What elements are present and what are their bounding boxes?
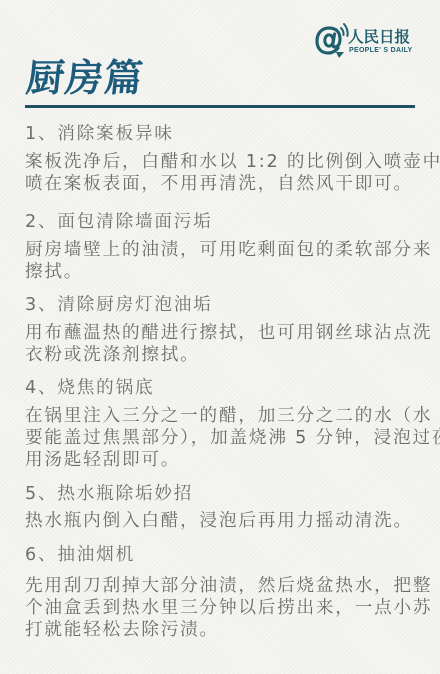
section-text-line: 打就能轻松去除污渍。 — [25, 619, 417, 641]
section-text-line: 喷在案板表面，不用再清洗，自然风干即可。 — [25, 173, 417, 195]
section-heading: 1、消除案板异味 — [25, 123, 417, 145]
logo-chinese-name: 人民日报 — [348, 29, 410, 45]
at-sign-signal-icon — [314, 22, 350, 60]
section-heading: 3、清除厨房灯泡油垢 — [25, 294, 417, 316]
section-text-line: 要能盖过焦黑部分），加盖烧沸 5 分钟，浸泡过夜， — [25, 427, 417, 449]
section-text-line: 擦拭。 — [25, 261, 417, 283]
section-heading: 4、烧焦的锅底 — [25, 377, 417, 399]
section-heading: 2、面包清除墙面污垢 — [25, 211, 417, 233]
peoples-daily-logo: 人民日报 PEOPLE' S DAILY — [314, 22, 420, 60]
section-heading: 5、热水瓶除垢妙招 — [25, 483, 417, 505]
logo-english-name: PEOPLE' S DAILY — [349, 47, 412, 55]
section-text-line: 用布蘸温热的醋进行擦拭，也可用钢丝球沾点洗 — [25, 322, 417, 344]
section-text-line: 衣粉或洗涤剂擦拭。 — [25, 344, 417, 366]
section-text-line: 个油盒丢到热水里三分钟以后捞出来，一点小苏 — [25, 597, 417, 619]
page-title: 厨房篇 — [24, 56, 146, 100]
section-text-line: 先用刮刀刮掉大部分油渍，然后烧盆热水，把整 — [25, 575, 417, 597]
section-text-line: 案板洗净后，白醋和水以 1:2 的比例倒入喷壶中， — [25, 151, 417, 173]
section-text-line: 热水瓶内倒入白醋，浸泡后再用力摇动清洗。 — [25, 510, 417, 532]
title-divider — [25, 105, 415, 108]
section-text-line: 厨房墙壁上的油渍，可用吃剩面包的柔软部分来 — [25, 239, 417, 261]
section-heading: 6、抽油烟机 — [25, 544, 417, 566]
section-text-line: 在锅里注入三分之一的醋，加三分之二的水（水 — [25, 405, 417, 427]
section-text-line: 用汤匙轻刮即可。 — [25, 449, 417, 471]
